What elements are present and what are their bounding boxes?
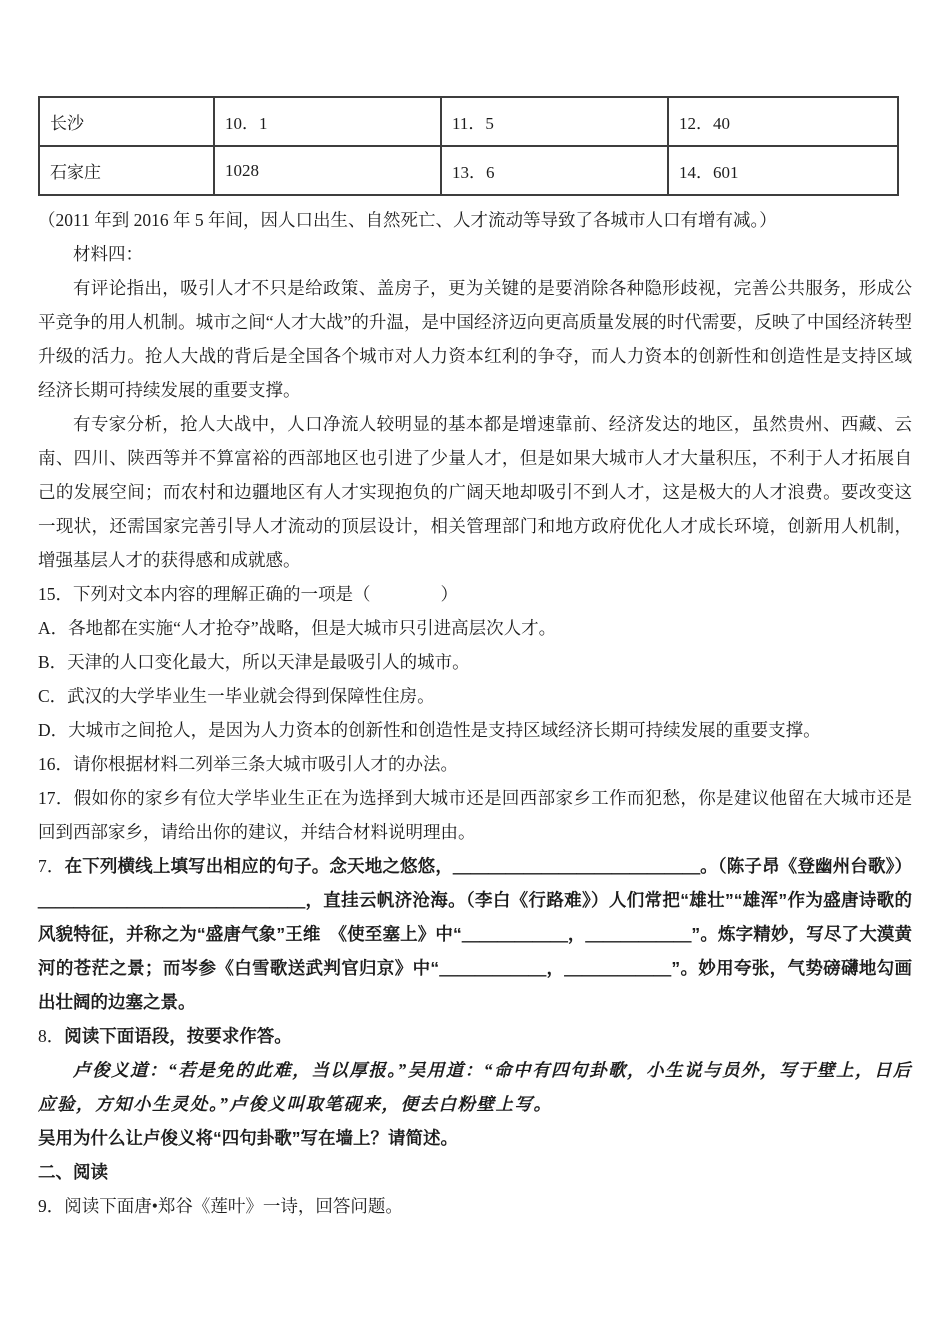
question-8: 8．阅读下面语段，按要求作答。 (38, 1019, 912, 1053)
material-four-paragraph-2: 有专家分析，抢人大战中，人口净流人较明显的基本都是增速靠前、经济发达的地区，虽然… (38, 407, 912, 577)
question-7-text: 在下列横线上填写出相应的句子。念天地之悠悠，＿＿＿＿＿＿＿＿＿＿＿＿＿＿。（陈子… (38, 856, 912, 1012)
question-7: 7．在下列横线上填写出相应的句子。念天地之悠悠，＿＿＿＿＿＿＿＿＿＿＿＿＿＿。（… (38, 849, 912, 1019)
table-row-changsha: 长沙 10．1 11．5 12．40 (39, 97, 898, 146)
table-cell: 12．40 (668, 97, 898, 146)
table-row-shijiazhuang: 石家庄 1028 13．6 14．601 (39, 146, 898, 195)
question-9: 9．阅读下面唐•郑谷《莲叶》一诗，回答问题。 (38, 1189, 912, 1223)
question-8-subquestion: 吴用为什么让卢俊义将“四句卦歌”写在墙上？请简述。 (38, 1121, 912, 1155)
table-cell: 13．6 (441, 146, 668, 195)
question-16: 16．请你根据材料二列举三条大城市吸引人才的办法。 (38, 747, 912, 781)
question-7-number: 7． (38, 856, 65, 876)
question-8-text: 阅读下面语段，按要求作答。 (64, 1026, 292, 1046)
question-15: 15．下列对文本内容的理解正确的一项是（ ） (38, 577, 912, 611)
question-8-number: 8． (38, 1026, 64, 1046)
question-15-option-a: A．各地都在实施“人才抢夺”战略，但是大城市只引进高层次人才。 (38, 611, 912, 645)
question-15-option-b: B．天津的人口变化最大，所以天津是最吸引人的城市。 (38, 645, 912, 679)
question-17: 17．假如你的家乡有位大学毕业生正在为选择到大城市还是回西部家乡工作而犯愁，你是… (38, 781, 912, 849)
table-cell: 11．5 (441, 97, 668, 146)
table-note: （2011 年到 2016 年 5 年间，因人口出生、自然死亡、人才流动等导致了… (38, 203, 912, 237)
population-table: 长沙 10．1 11．5 12．40 石家庄 1028 13．6 14．601 (38, 96, 899, 196)
city-name-cell: 长沙 (39, 97, 214, 146)
material-four-paragraph-1: 有评论指出，吸引人才不只是给政策、盖房子，更为关键的是要消除各种隐形歧视，完善公… (38, 271, 912, 407)
city-name-cell: 石家庄 (39, 146, 214, 195)
question-8-quote-passage: 卢俊义道：“若是免的此难，当以厚报。”吴用道：“命中有四句卦歌，小生说与员外，写… (38, 1053, 912, 1121)
material-four-label: 材料四： (38, 237, 912, 271)
table-cell: 14．601 (668, 146, 898, 195)
question-15-option-c: C．武汉的大学毕业生一毕业就会得到保障性住房。 (38, 679, 912, 713)
question-15-option-d: D．大城市之间抢人，是因为人力资本的创新性和创造性是支持区域经济长期可持续发展的… (38, 713, 912, 747)
table-cell: 1028 (214, 146, 441, 195)
section-two-heading: 二、阅读 (38, 1155, 912, 1189)
exam-page: 长沙 10．1 11．5 12．40 石家庄 1028 13．6 14．601 … (0, 96, 950, 1223)
table-cell: 10．1 (214, 97, 441, 146)
